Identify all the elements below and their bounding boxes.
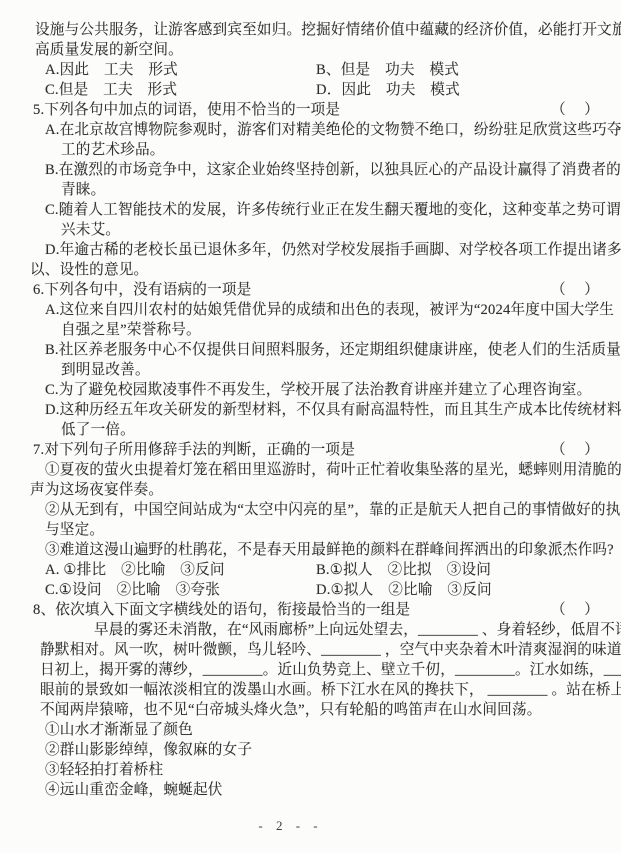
line-text: 工的艺术珍品。 [61,142,165,158]
text-line: 眼前的景致如一幅浓淡相宜的泼墨山水画。桥下江水在风的搀扶下， ________ … [40,680,605,700]
text-line: 与坚定。 [45,520,605,540]
line-text: 低了一倍。 [61,422,135,438]
line-text: D.这种历经五年攻关研发的新型材料，不仅具有耐高温特性，而且其生产成本比传统材料… [45,402,621,418]
text-line: D.这种历经五年攻关研发的新型材料，不仅具有耐高温特性，而且其生产成本比传统材料… [45,400,605,420]
question-5-stem: 5.下列各句中加点的词语，使用不恰当的一项是（ ） [33,100,605,120]
answer-paren: （ ） [551,440,601,460]
answer-paren: （ ） [551,600,601,620]
text-line: 到明显改善。 [61,360,605,380]
text-line: ②从无到有，中国空间站成为“太空中闪亮的星”，靠的正是航天人把自己的事情做好的执… [45,500,605,520]
line-text: C.但是 工夫 形式 [45,82,177,98]
text-line: 日初上，揭开雾的薄纱，________。近山负势竞上、壁立千仞，________… [40,660,605,680]
text-line: 以、设性的意见。 [30,260,605,280]
line-text: ②群山影影绰绰，像叙麻的女子 [45,742,252,758]
question-6-stem: 6.下列各句中，没有语病的一项是（ ） [33,280,605,300]
text-line: 兴未艾。 [61,220,605,240]
line-text: 兴未艾。 [61,222,120,238]
text-line: 早晨的雾还未消散，在“风雨廊桥”上向远处望去，________ 、身着轻纱，低眉… [94,620,605,640]
text-line: 低了一倍。 [61,420,605,440]
line-text: 8、依次填入下面文字横线处的语句，衔接最恰当的一组是 [33,602,410,618]
answer-paren: （ ） [551,280,601,300]
line-text: 声为这场夜宴伴奏。 [30,482,163,498]
line-text: 青睐。 [61,182,105,198]
line-text: 6.下列各句中，没有语病的一项是 [33,282,251,298]
text-line: B.社区养老服务中心不仅提供日间照料服务，还定期组织健康讲座，使老人们的生活质量… [45,340,605,360]
text-line: 高质量发展的新空间。 [35,40,605,60]
line-text: ④远山重峦金峰，蜿蜒起伏 [45,782,223,798]
text-line: C.为了避免校园欺凌事件不再发生，学校开展了法治教育讲座并建立了心理咨询室。 [45,380,605,400]
option-col2: B.①拟人 ②比拟 ③设问 [316,560,491,580]
exam-content: 设施与公共服务，让游客感到宾至如归。挖掘好情绪价值中蕴藏的经济价值，必能打开文旅… [30,20,605,800]
text-line: 工的艺术珍品。 [61,140,605,160]
question-7-stem: 7.对下列句子所用修辞手法的判断，正确的一项是（ ） [33,440,605,460]
line-text: 静默相对。风一吹，树叶微颤，鸟儿轻吟、________ ，空气中夹杂着木叶清爽湿… [40,642,621,658]
text-line: D.年逾古稀的老校长虽已退休多年，仍然对学校发展指手画脚、对学校各项工作提出诸多… [45,240,605,260]
line-text: 设施与公共服务，让游客感到宾至如归。挖掘好情绪价值中蕴藏的经济价值，必能打开文旅 [35,22,621,38]
line-text: ③难道这漫山遍野的杜鹃花，不是春天用最鲜艳的颜料在群峰间挥洒出的印象派杰作吗? [45,542,614,558]
line-text: 5.下列各句中加点的词语，使用不恰当的一项是 [33,102,340,118]
line-text: 自强之星”荣誉称号。 [61,322,201,338]
option-col2: D.①拟人 ②比喻 ③反问 [316,580,492,600]
line-text: A. ①排比 ②比喻 ③反问 [45,562,225,578]
option-row: C.但是 工夫 形式D．因此 功夫 模式 [45,80,605,100]
text-line: 声为这场夜宴伴奏。 [30,480,605,500]
line-text: 高质量发展的新空间。 [35,42,183,58]
option-row: C.①设问 ②比喻 ③夸张D.①拟人 ②比喻 ③反问 [45,580,605,600]
line-text: A.因此 工夫 形式 [45,62,178,78]
line-text: 以、设性的意见。 [30,262,148,278]
text-line: ②群山影影绰绰，像叙麻的女子 [45,740,605,760]
line-text: 眼前的景致如一幅浓淡相宜的泼墨山水画。桥下江水在风的搀扶下， ________ … [40,682,621,698]
line-text: B.社区养老服务中心不仅提供日间照料服务，还定期组织健康讲座，使老人们的生活质量… [45,342,621,358]
option-row: A. ①排比 ②比喻 ③反问B.①拟人 ②比拟 ③设问 [45,560,605,580]
text-line: A.这位来自四川农村的姑娘凭借优异的成绩和出色的表现，被评为“2024年度中国大… [45,300,605,320]
text-line: 青睐。 [61,180,605,200]
answer-paren: （ ） [551,100,601,120]
line-text: ②从无到有，中国空间站成为“太空中闪亮的星”，靠的正是航天人把自己的事情做好的执… [45,502,621,518]
line-text: ③轻轻拍打着桥柱 [45,762,163,778]
option-row: A.因此 工夫 形式B、但是 功夫 模式 [45,60,605,80]
text-line: A.在北京故宫博物院参观时，游客们对精美绝伦的文物赞不绝口，纷纷驻足欣赏这些巧夺… [45,120,605,140]
line-text: ①夏夜的萤火虫提着灯笼在稻田里巡游时，荷叶正忙着收集坠落的星光，蟋蟀则用清脆的歌 [45,462,621,478]
text-line: 不闻两岸猿啼，也不见“白帝城头烽火急”，只有轮船的鸣笛声在山水间回荡。 [40,700,605,720]
text-line: 设施与公共服务，让游客感到宾至如归。挖掘好情绪价值中蕴藏的经济价值，必能打开文旅 [35,20,605,40]
line-text: ①山水才渐渐显了颜色 [45,722,193,738]
option-col2: B、但是 功夫 模式 [316,60,459,80]
exam-paper: 设施与公共服务，让游客感到宾至如归。挖掘好情绪价值中蕴藏的经济价值，必能打开文旅… [0,0,621,853]
line-text: 不闻两岸猿啼，也不见“白帝城头烽火急”，只有轮船的鸣笛声在山水间回荡。 [40,702,542,718]
line-text: 日初上，揭开雾的薄纱，________。近山负势竞上、壁立千仞，________… [40,662,621,678]
line-text: 与坚定。 [45,522,104,538]
line-text: C.①设问 ②比喻 ③夸张 [45,582,220,598]
text-line: 静默相对。风一吹，树叶微颤，鸟儿轻吟、________ ，空气中夹杂着木叶清爽湿… [40,640,605,660]
line-text: C.为了避免校园欺凌事件不再发生，学校开展了法治教育讲座并建立了心理咨询室。 [45,382,591,398]
option-col2: D．因此 功夫 模式 [316,80,460,100]
text-line: C.随着人工智能技术的发展，许多传统行业正在发生翻天覆地的变化，这种变革之势可谓… [45,200,605,220]
line-text: C.随着人工智能技术的发展，许多传统行业正在发生翻天覆地的变化，这种变革之势可谓… [45,202,621,218]
line-text: A.这位来自四川农村的姑娘凭借优异的成绩和出色的表现，被评为“2024年度中国大… [45,302,614,318]
line-text: A.在北京故宫博物院参观时，游客们对精美绝伦的文物赞不绝口，纷纷驻足欣赏这些巧夺… [45,122,621,138]
text-line: ③轻轻拍打着桥柱 [45,760,605,780]
text-line: ④远山重峦金峰，蜿蜒起伏 [45,780,605,800]
text-line: ①夏夜的萤火虫提着灯笼在稻田里巡游时，荷叶正忙着收集坠落的星光，蟋蟀则用清脆的歌 [45,460,605,480]
line-text: D.年逾古稀的老校长虽已退休多年，仍然对学校发展指手画脚、对学校各项工作提出诸多… [45,242,621,258]
line-text: B.在激烈的市场竞争中，这家企业始终坚持创新，以独具匠心的产品设计赢得了消费者的 [45,162,621,178]
text-line: ①山水才渐渐显了颜色 [45,720,605,740]
line-text: 早晨的雾还未消散，在“风雨廊桥”上向远处望去，________ 、身着轻纱，低眉… [94,622,621,638]
line-text: 7.对下列句子所用修辞手法的判断，正确的一项是 [33,442,355,458]
question-8-stem: 8、依次填入下面文字横线处的语句，衔接最恰当的一组是（ ） [33,600,605,620]
text-line: B.在激烈的市场竞争中，这家企业始终坚持创新，以独具匠心的产品设计赢得了消费者的 [45,160,605,180]
line-text: 到明显改善。 [61,362,150,378]
text-line: ③难道这漫山遍野的杜鹃花，不是春天用最鲜艳的颜料在群峰间挥洒出的印象派杰作吗? [45,540,605,560]
page-footer: - 2 - - [0,818,581,834]
text-line: 自强之星”荣誉称号。 [61,320,605,340]
